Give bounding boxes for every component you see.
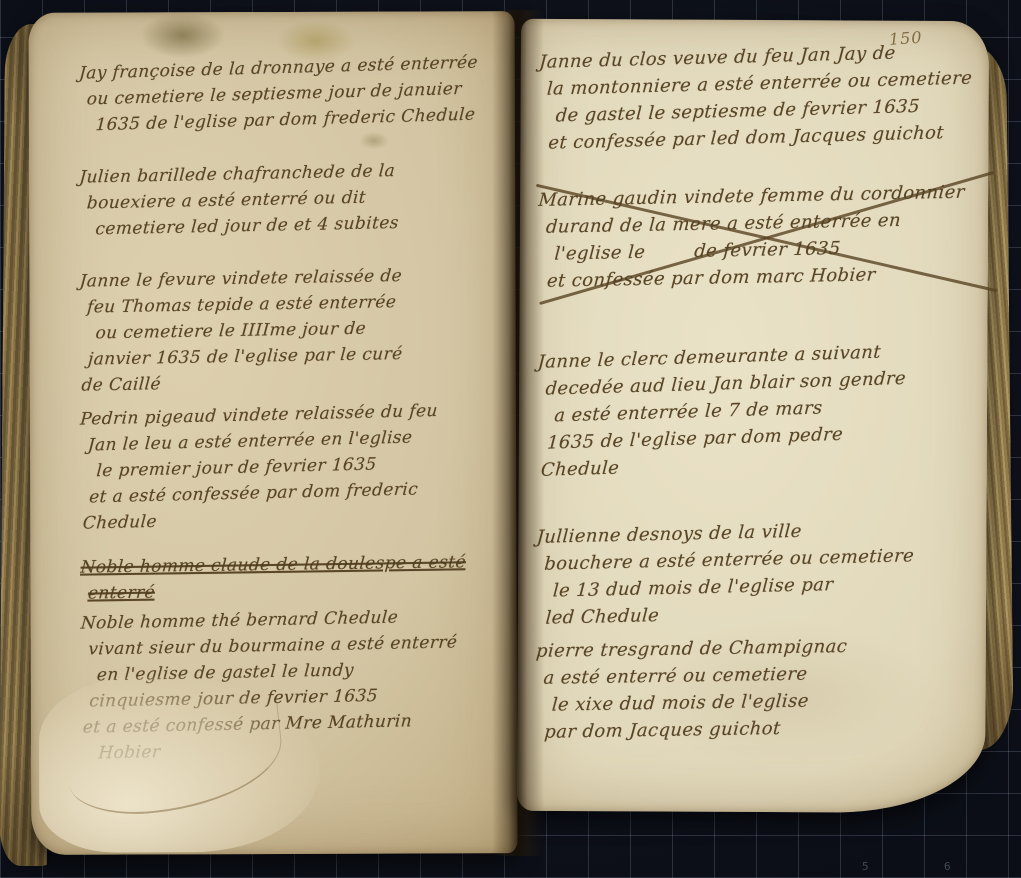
handwritten-line: par dom Jacques guichot: [543, 712, 984, 746]
mat-ruler-digit: 6: [944, 860, 951, 873]
burial-entry: Jullienne desnoys de la ville bouchere a…: [536, 514, 984, 632]
burial-entry: Jay françoise de la dronnaye a esté ente…: [79, 49, 511, 139]
right-page: 150 Janne du clos veuve du feu Jan Jay d…: [517, 19, 989, 813]
burial-entry: Pedrin pigeaud vindete relaissée du feu …: [80, 396, 513, 536]
mat-ruler-digit: 5: [862, 860, 869, 873]
burial-entry: pierre tresgrand de Champignac a esté en…: [536, 631, 984, 746]
burial-entry-crossed-out: Marine gaudin vindete femme du cordonnie…: [538, 178, 986, 295]
handwritten-line: enterré: [87, 575, 512, 607]
burial-entry: Janne du clos veuve du feu Jan Jay de la…: [539, 37, 988, 157]
burial-entry: Janne le fevure vindete relaissée de feu…: [79, 261, 511, 398]
left-page-text: Jay françoise de la dronnaye a esté ente…: [79, 59, 511, 766]
ink-stain: [141, 12, 225, 58]
manuscript-photo-scene: 5 6 Jay françoise de la dronnaye a esté …: [0, 0, 1021, 878]
burial-entry: Janne le clerc demeurante a suivant dece…: [537, 336, 987, 484]
burial-entry-struck-through: Noble homme claude de la doulespe a esté…: [80, 549, 511, 607]
burial-entry: Julien barillede chafranchede de la boue…: [79, 156, 511, 243]
left-page: Jay françoise de la dronnaye a esté ente…: [29, 11, 518, 855]
right-page-text: Janne du clos veuve du feu Jan Jay de la…: [535, 49, 985, 748]
